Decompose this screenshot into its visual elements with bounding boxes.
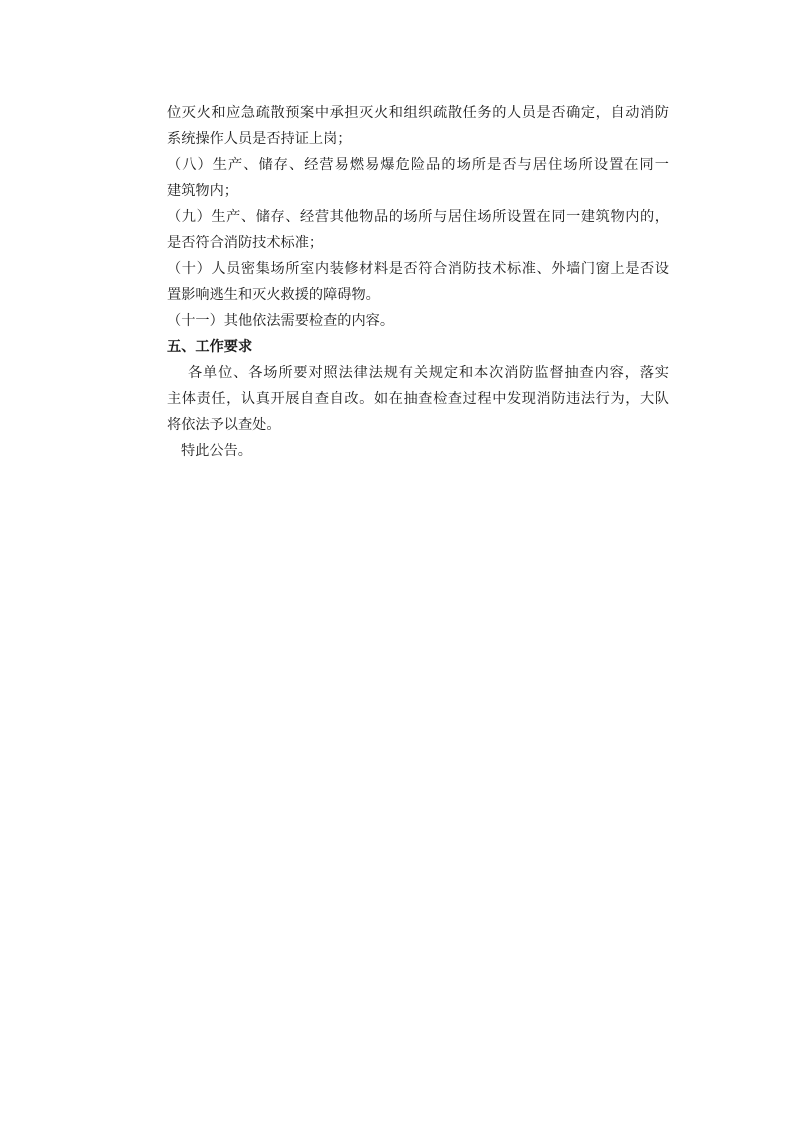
requirements-paragraph: 主体责任，认真开展自查自改。如在抽查检查过程中发现消防违法行为，大队 [167,386,669,412]
list-item-8-cont: 建筑物内； [167,178,669,204]
paragraph-line: 位灭火和应急疏散预案中承担灭火和组织疏散任务的人员是否确定，自动消防 [167,100,669,126]
list-item-9-cont: 是否符合消防技术标准； [167,230,669,256]
requirements-paragraph: 各单位、各场所要对照法律法规有关规定和本次消防监督抽查内容，落实 [167,360,669,386]
section-heading: 五、工作要求 [167,334,669,360]
list-item-10-cont: 置影响逃生和灭火救援的障碍物。 [167,282,669,308]
paragraph-line: 系统操作人员是否持证上岗； [167,126,669,152]
requirements-paragraph: 将依法予以查处。 [167,412,669,438]
list-item-11: （十一）其他依法需要检查的内容。 [167,308,669,334]
closing-text: 特此公告。 [167,438,669,464]
list-item-9: （九）生产、储存、经营其他物品的场所与居住场所设置在同一建筑物内的， [167,204,669,230]
document-page: 位灭火和应急疏散预案中承担灭火和组织疏散任务的人员是否确定，自动消防 系统操作人… [167,100,669,464]
list-item-10: （十）人员密集场所室内装修材料是否符合消防技术标准、外墙门窗上是否设 [167,256,669,282]
list-item-8: （八）生产、储存、经营易燃易爆危险品的场所是否与居住场所设置在同一 [167,152,669,178]
